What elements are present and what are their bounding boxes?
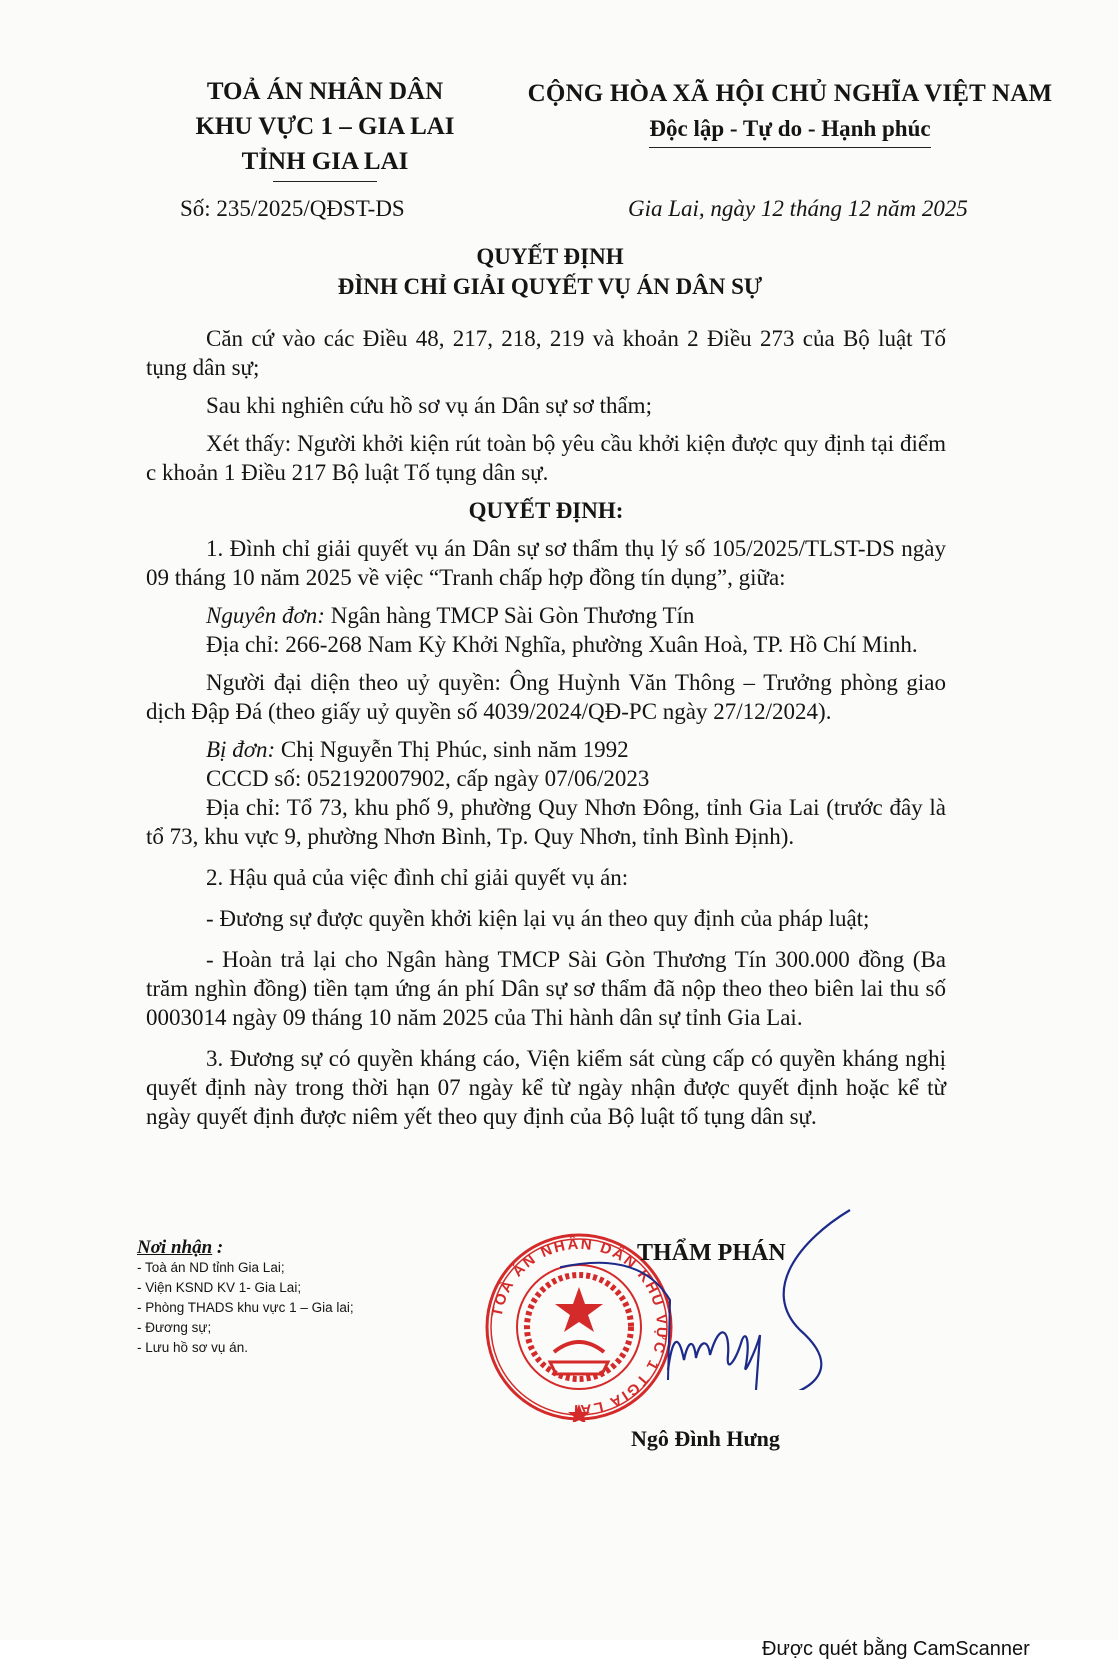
- court-name-line-1: TOẢ ÁN NHÂN DÂN: [150, 74, 500, 109]
- review-statement: Sau khi nghiên cứu hồ sơ vụ án Dân sự sơ…: [146, 391, 946, 420]
- court-name-line-3: TỈNH GIA LAI: [150, 144, 500, 179]
- plaintiff-label: Nguyên đơn:: [206, 603, 325, 628]
- document-title: QUYẾT ĐỊNH ĐÌNH CHỈ GIẢI QUYẾT VỤ ÁN DÂN…: [130, 242, 970, 302]
- decision-item-2b: - Hoàn trả lại cho Ngân hàng TMCP Sài Gò…: [146, 945, 946, 1032]
- recipient-item: - Toà án ND tỉnh Gia Lai;: [137, 1258, 354, 1278]
- recipients-block: Nơi nhận : - Toà án ND tỉnh Gia Lai; - V…: [137, 1238, 354, 1358]
- defendant-label: Bị đơn:: [206, 737, 275, 762]
- recipient-item: - Lưu hồ sơ vụ án.: [137, 1338, 354, 1358]
- plaintiff: Nguyên đơn: Ngân hàng TMCP Sài Gòn Thươn…: [146, 601, 946, 630]
- legal-basis: Căn cứ vào các Điều 48, 217, 218, 219 và…: [146, 324, 946, 382]
- defendant-name: Chị Nguyễn Thị Phúc, sinh năm 1992: [281, 737, 629, 762]
- document-number: Số: 235/2025/QĐST-DS: [180, 196, 405, 222]
- nation-title: CỘNG HÒA XÃ HỘI CHỦ NGHĨA VIỆT NAM: [500, 76, 1080, 112]
- national-header: CỘNG HÒA XÃ HỘI CHỦ NGHĨA VIỆT NAM Độc l…: [500, 76, 1080, 148]
- plaintiff-representative: Người đại diện theo uỷ quyền: Ông Huỳnh …: [146, 668, 946, 726]
- decision-item-3: 3. Đương sự có quyền kháng cáo, Viện kiể…: [146, 1044, 946, 1131]
- judge-signature-icon: [560, 1190, 860, 1390]
- document-page: TOẢ ÁN NHÂN DÂN KHU VỰC 1 – GIA LAI TỈNH…: [0, 0, 1118, 1640]
- recipient-item: - Đương sự;: [137, 1318, 354, 1338]
- defendant: Bị đơn: Chị Nguyễn Thị Phúc, sinh năm 19…: [146, 735, 946, 764]
- document-body: Căn cứ vào các Điều 48, 217, 218, 219 và…: [146, 324, 946, 1131]
- recipient-item: - Viện KSND KV 1- Gia Lai;: [137, 1278, 354, 1298]
- title-line-1: QUYẾT ĐỊNH: [130, 242, 970, 272]
- decision-item-1: 1. Đình chỉ giải quyết vụ án Dân sự sơ t…: [146, 534, 946, 592]
- decision-item-2a: - Đương sự được quyền khởi kiện lại vụ á…: [146, 904, 946, 933]
- title-line-2: ĐÌNH CHỈ GIẢI QUYẾT VỤ ÁN DÂN SỰ: [130, 272, 970, 302]
- defendant-address: Địa chỉ: Tổ 73, khu phố 9, phường Quy Nh…: [146, 793, 946, 851]
- court-header: TOẢ ÁN NHÂN DÂN KHU VỰC 1 – GIA LAI TỈNH…: [150, 74, 500, 182]
- judge-name: Ngô Đình Hưng: [631, 1426, 780, 1452]
- scanner-watermark: Được quét bằng CamScanner: [762, 1638, 1030, 1661]
- court-name-line-2: KHU VỰC 1 – GIA LAI: [150, 109, 500, 144]
- national-motto: Độc lập - Tự do - Hạnh phúc: [649, 112, 930, 148]
- place-date: Gia Lai, ngày 12 tháng 12 năm 2025: [628, 196, 968, 222]
- finding-statement: Xét thấy: Người khởi kiện rút toàn bộ yê…: [146, 429, 946, 487]
- recipient-item: - Phòng THADS khu vực 1 – Gia lai;: [137, 1298, 354, 1318]
- recipients-title: Nơi nhận :: [137, 1238, 354, 1258]
- defendant-id: CCCD số: 052192007902, cấp ngày 07/06/20…: [146, 764, 946, 793]
- decision-heading: QUYẾT ĐỊNH:: [146, 496, 946, 525]
- plaintiff-name: Ngân hàng TMCP Sài Gòn Thương Tín: [331, 603, 695, 628]
- plaintiff-address: Địa chỉ: 266-268 Nam Kỳ Khởi Nghĩa, phườ…: [146, 630, 946, 659]
- judge-title: THẨM PHÁN: [637, 1240, 786, 1267]
- decision-item-2: 2. Hậu quả của việc đình chỉ giải quyết …: [146, 863, 946, 892]
- header-divider: [273, 181, 377, 182]
